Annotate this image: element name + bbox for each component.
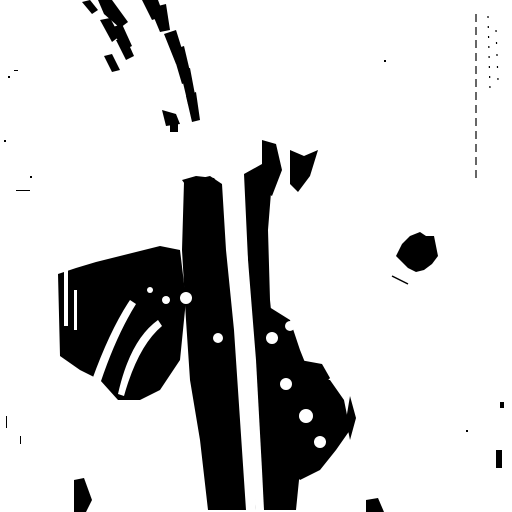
photo-svg	[0, 0, 512, 512]
binarized-photo	[0, 0, 512, 512]
